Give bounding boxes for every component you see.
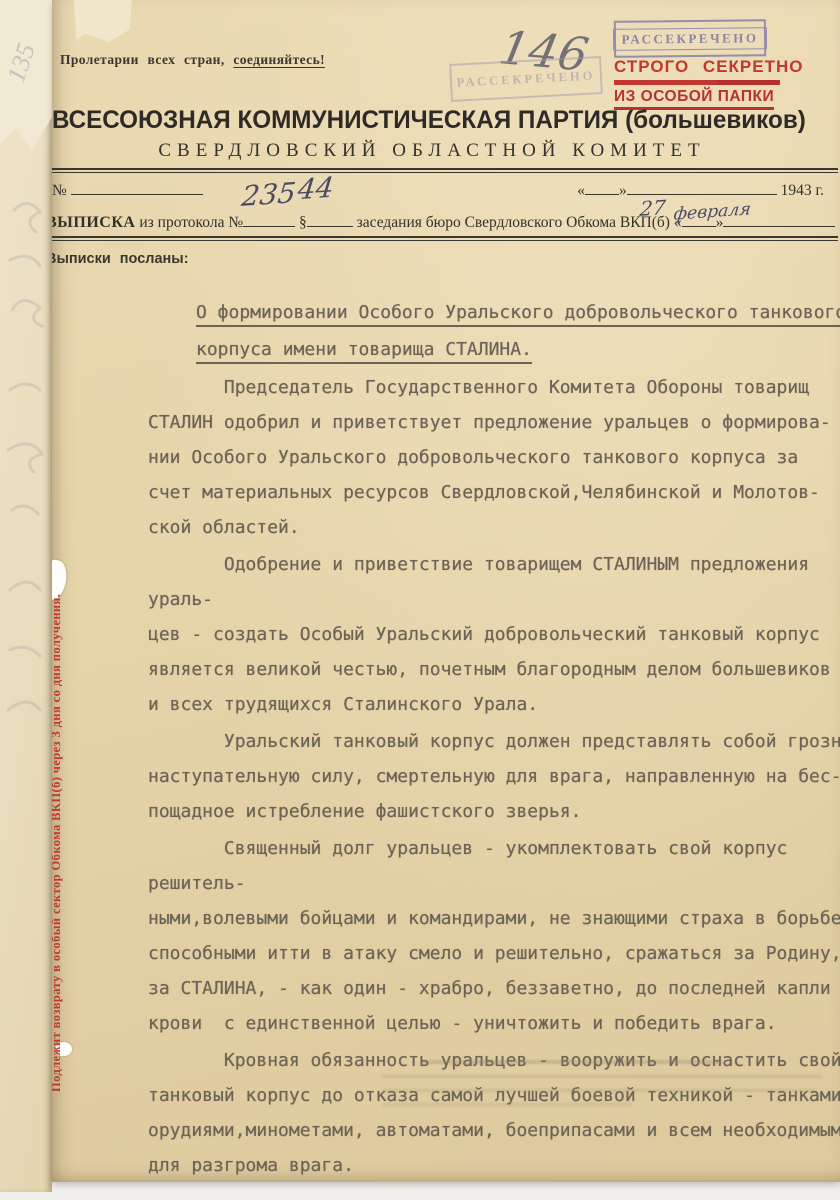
party-name: ВСЕСОЮЗНАЯ КОММУНИСТИЧЕСКАЯ ПАРТИЯ (боль… xyxy=(52,106,789,135)
blank-line xyxy=(585,181,619,195)
declassified-stamp: РАССЕКРЕЧЕНО xyxy=(614,19,766,58)
return-note-vertical: Подлежит возврату в особый сектор Обкома… xyxy=(52,408,69,1092)
declassified-stamp-faded: РАССЕКРЕЧЕНО xyxy=(449,56,603,102)
year-label: 1943 г. xyxy=(781,182,824,199)
document-scan: 135 Пролетарии всех стран, соединяйтесь!… xyxy=(0,0,840,1200)
faint-handwriting xyxy=(0,170,52,870)
blank-line xyxy=(243,213,295,227)
body-paragraph: Священный долг уральцев - укомплектовать… xyxy=(148,831,840,1041)
day-handwritten: 27 xyxy=(639,195,667,221)
divider-rule xyxy=(52,236,838,241)
party-slogan: Пролетарии всех стран, соединяйтесь! xyxy=(60,52,325,68)
copies-sent-label: Выписки посланы: xyxy=(52,251,189,267)
strictly-secret-stamp: СТРОГО СЕКРЕТНО xyxy=(614,57,804,77)
protocol-number-handwritten: 235 xyxy=(240,176,297,213)
red-underline-bar xyxy=(614,80,780,85)
date-blank-group: «» 1943 г. xyxy=(577,181,824,200)
divider-rule xyxy=(52,168,838,173)
blank-line xyxy=(71,181,203,195)
torn-paper-tab xyxy=(74,0,132,42)
bleed-through-text xyxy=(382,1060,828,1117)
previous-page-edge: 135 xyxy=(0,0,52,1192)
document-title: О формировании Особого Уральского добров… xyxy=(196,294,840,368)
extract-word: ВЫПИСКА xyxy=(52,214,135,231)
body-paragraph: Председатель Государственного Комитета О… xyxy=(148,370,840,545)
number-label: № xyxy=(52,182,67,199)
section-number-handwritten: 44 xyxy=(296,171,335,206)
number-row: № «» 1943 г. xyxy=(52,181,838,200)
typewritten-text: О формировании Особого Уральского добров… xyxy=(148,294,840,1182)
blank-line xyxy=(627,181,777,195)
committee-name: СВЕРДЛОВСКИЙ ОБЛАСТНОЙ КОМИТЕТ xyxy=(52,140,812,162)
body-paragraph: Одобрение и приветствие товарищем СТАЛИН… xyxy=(148,547,840,722)
document-page: Пролетарии всех стран, соединяйтесь! 146… xyxy=(52,0,840,1182)
body-paragraph: Уральский танковый корпус должен предста… xyxy=(148,724,840,829)
blank-line xyxy=(307,213,353,227)
